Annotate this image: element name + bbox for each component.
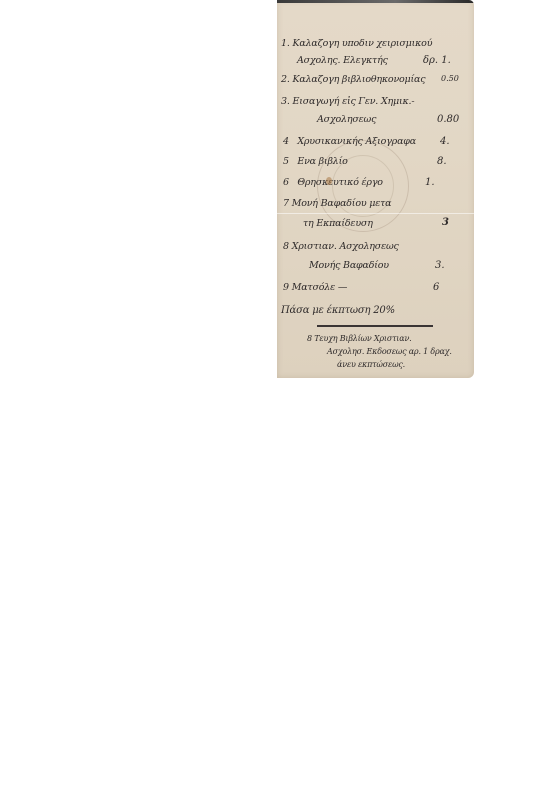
- item-6-line-1: 6 Θρησκευτικό έργο: [283, 177, 383, 188]
- item-4-line-1: 4 Χρυσικανικής Αξιογραφα: [283, 136, 416, 147]
- paper-stain: [326, 177, 332, 185]
- item-8-price: 3.: [435, 260, 445, 271]
- item-8-line-2: Μονής Βαφαδίου: [309, 260, 389, 271]
- horizontal-rule: [317, 325, 433, 327]
- footnote-line-1: 8 Τευχη Βιβλίων Χριστιαν.: [307, 334, 411, 343]
- item-9-price: 6: [433, 282, 439, 293]
- item-8-line-1: 8 Χριστιαν. Ασχολησεως: [283, 241, 399, 252]
- item-3-line-2: Ασχολησεως: [317, 114, 376, 125]
- item-9-line-1: 9 Ματσόλε —: [283, 282, 347, 293]
- item-3-price: 0.80: [437, 114, 459, 125]
- item-1-line-2: Ασχολης. Ελεγκτής: [297, 55, 388, 66]
- scan-top-edge: [277, 0, 474, 3]
- item-7-line-1: 7 Μονή Βαφαδίου μετα: [283, 198, 391, 209]
- item-6-price: 1.: [425, 177, 435, 188]
- footnote-line-3: άνευ εκπτώσεως.: [337, 360, 405, 369]
- handwritten-price-list-paper: 1. Καλαζογη υποδιν χειρισμικού Ασχολης. …: [277, 0, 474, 378]
- item-5-line-1: 5 Ενα βιβλίο: [283, 156, 348, 167]
- fold-line: [277, 213, 474, 214]
- item-4-price: 4.: [440, 136, 450, 147]
- item-7-price: 3: [442, 217, 449, 228]
- discount-line: Πάσα με έκπτωση 20%: [281, 305, 395, 316]
- item-1-line-1: 1. Καλαζογη υποδιν χειρισμικού: [281, 38, 432, 49]
- item-1-price: δρ. 1.: [423, 55, 451, 66]
- item-3-line-1: 3. Εισαγωγή εἰς Γεν. Χημικ.-: [281, 96, 414, 107]
- item-7-line-2: τη Εκπαίδευση: [303, 218, 373, 229]
- item-5-price: 8.: [437, 156, 447, 167]
- item-2-line-1: 2. Καλαζογη βιβλιοθηκονομίας: [281, 74, 425, 85]
- footnote-line-2: Ασχολησ. Εκδοσεως αρ. 1 δραχ.: [327, 347, 452, 356]
- item-2-price: 0.50: [441, 74, 459, 83]
